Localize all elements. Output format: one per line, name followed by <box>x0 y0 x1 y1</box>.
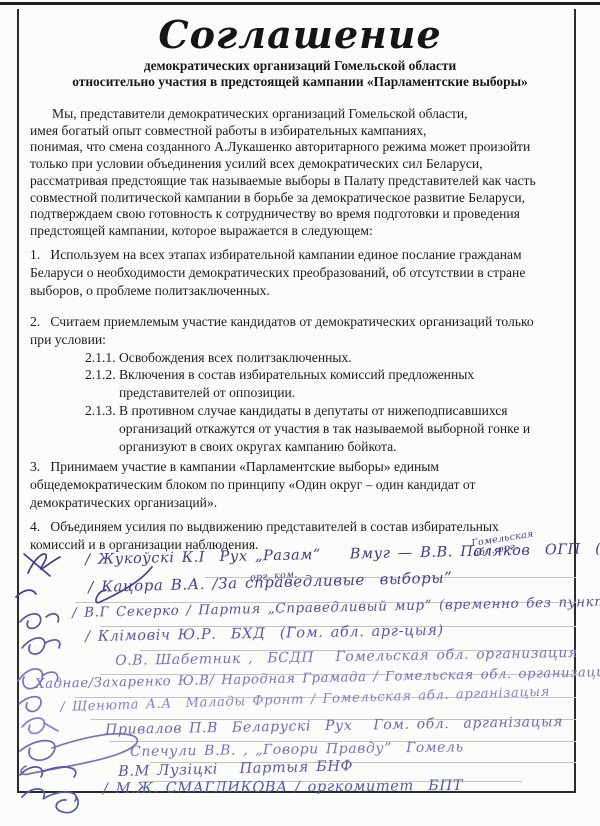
item-line: 1. Используем на всех этапах избирательн… <box>30 246 570 264</box>
item-line: 4. Объединяем усилия по выдвижению предс… <box>30 518 570 536</box>
subtitle-line-2: относительно участия в предстоящей кампа… <box>35 74 565 90</box>
subitem-line: 2.1.1. Освобождения всех политзаключенны… <box>85 349 570 367</box>
item-line: 3. Принимаем участие в кампании «Парламе… <box>30 458 570 476</box>
preamble-line: рассматривая предстоящие так называемые … <box>30 173 570 190</box>
agreement-item-4: 4. Объединяем усилия по выдвижению предс… <box>30 518 570 554</box>
preamble-line: подтверждаем свою готовность к сотруднич… <box>30 206 570 223</box>
preamble-line: Мы, представители демократических органи… <box>30 106 570 123</box>
document-title: Соглашение <box>0 12 600 57</box>
item-line: при условии: <box>30 331 570 349</box>
preamble-line: предстоящей кампании, которое выражается… <box>30 223 570 240</box>
subitem-line: 2.1.2. Включения в состав избирательных … <box>85 366 570 384</box>
item-line: комиссий и в организации наблюдения. <box>30 536 570 554</box>
item-line: Беларуси о необходимости демократических… <box>30 264 570 282</box>
preamble-line: понимая, что смена созданного А.Лукашенк… <box>30 139 570 156</box>
subtitle-line-1: демократических организаций Гомельской о… <box>35 58 565 74</box>
subitem-line: организаций откажутся от участия в так н… <box>119 420 570 438</box>
preamble-line: только при условии объединения усилий вс… <box>30 156 570 173</box>
agreement-item-1: 1. Используем на всех этапах избирательн… <box>30 246 570 300</box>
preamble-line: совместной политической кампании в борьб… <box>30 190 570 207</box>
document-subtitle: демократических организаций Гомельской о… <box>35 58 565 89</box>
subitem-line: организуют в своих округах кампанию бойк… <box>119 438 570 456</box>
item-line: общедемократическим блоком по принципу «… <box>30 476 570 494</box>
item-line: демократических организаций». <box>30 494 570 512</box>
page-top-rule <box>0 2 600 5</box>
subitem-line: представителей от оппозиции. <box>119 384 570 402</box>
preamble: Мы, представители демократических органи… <box>30 106 570 240</box>
scanned-agreement-page: Соглашение демократических организаций Г… <box>0 0 600 826</box>
item-line: 2. Считаем приемлемым участие кандидатов… <box>30 313 570 331</box>
preamble-line: имея богатый опыт совместной работы в из… <box>30 123 570 140</box>
agreement-item-2: 2. Считаем приемлемым участие кандидатов… <box>30 313 570 455</box>
subitem-line: 2.1.3. В противном случае кандидаты в де… <box>85 402 570 420</box>
agreement-item-3: 3. Принимаем участие в кампании «Парламе… <box>30 458 570 512</box>
item-line: выборов, о проблеме политзаключенных. <box>30 282 570 300</box>
